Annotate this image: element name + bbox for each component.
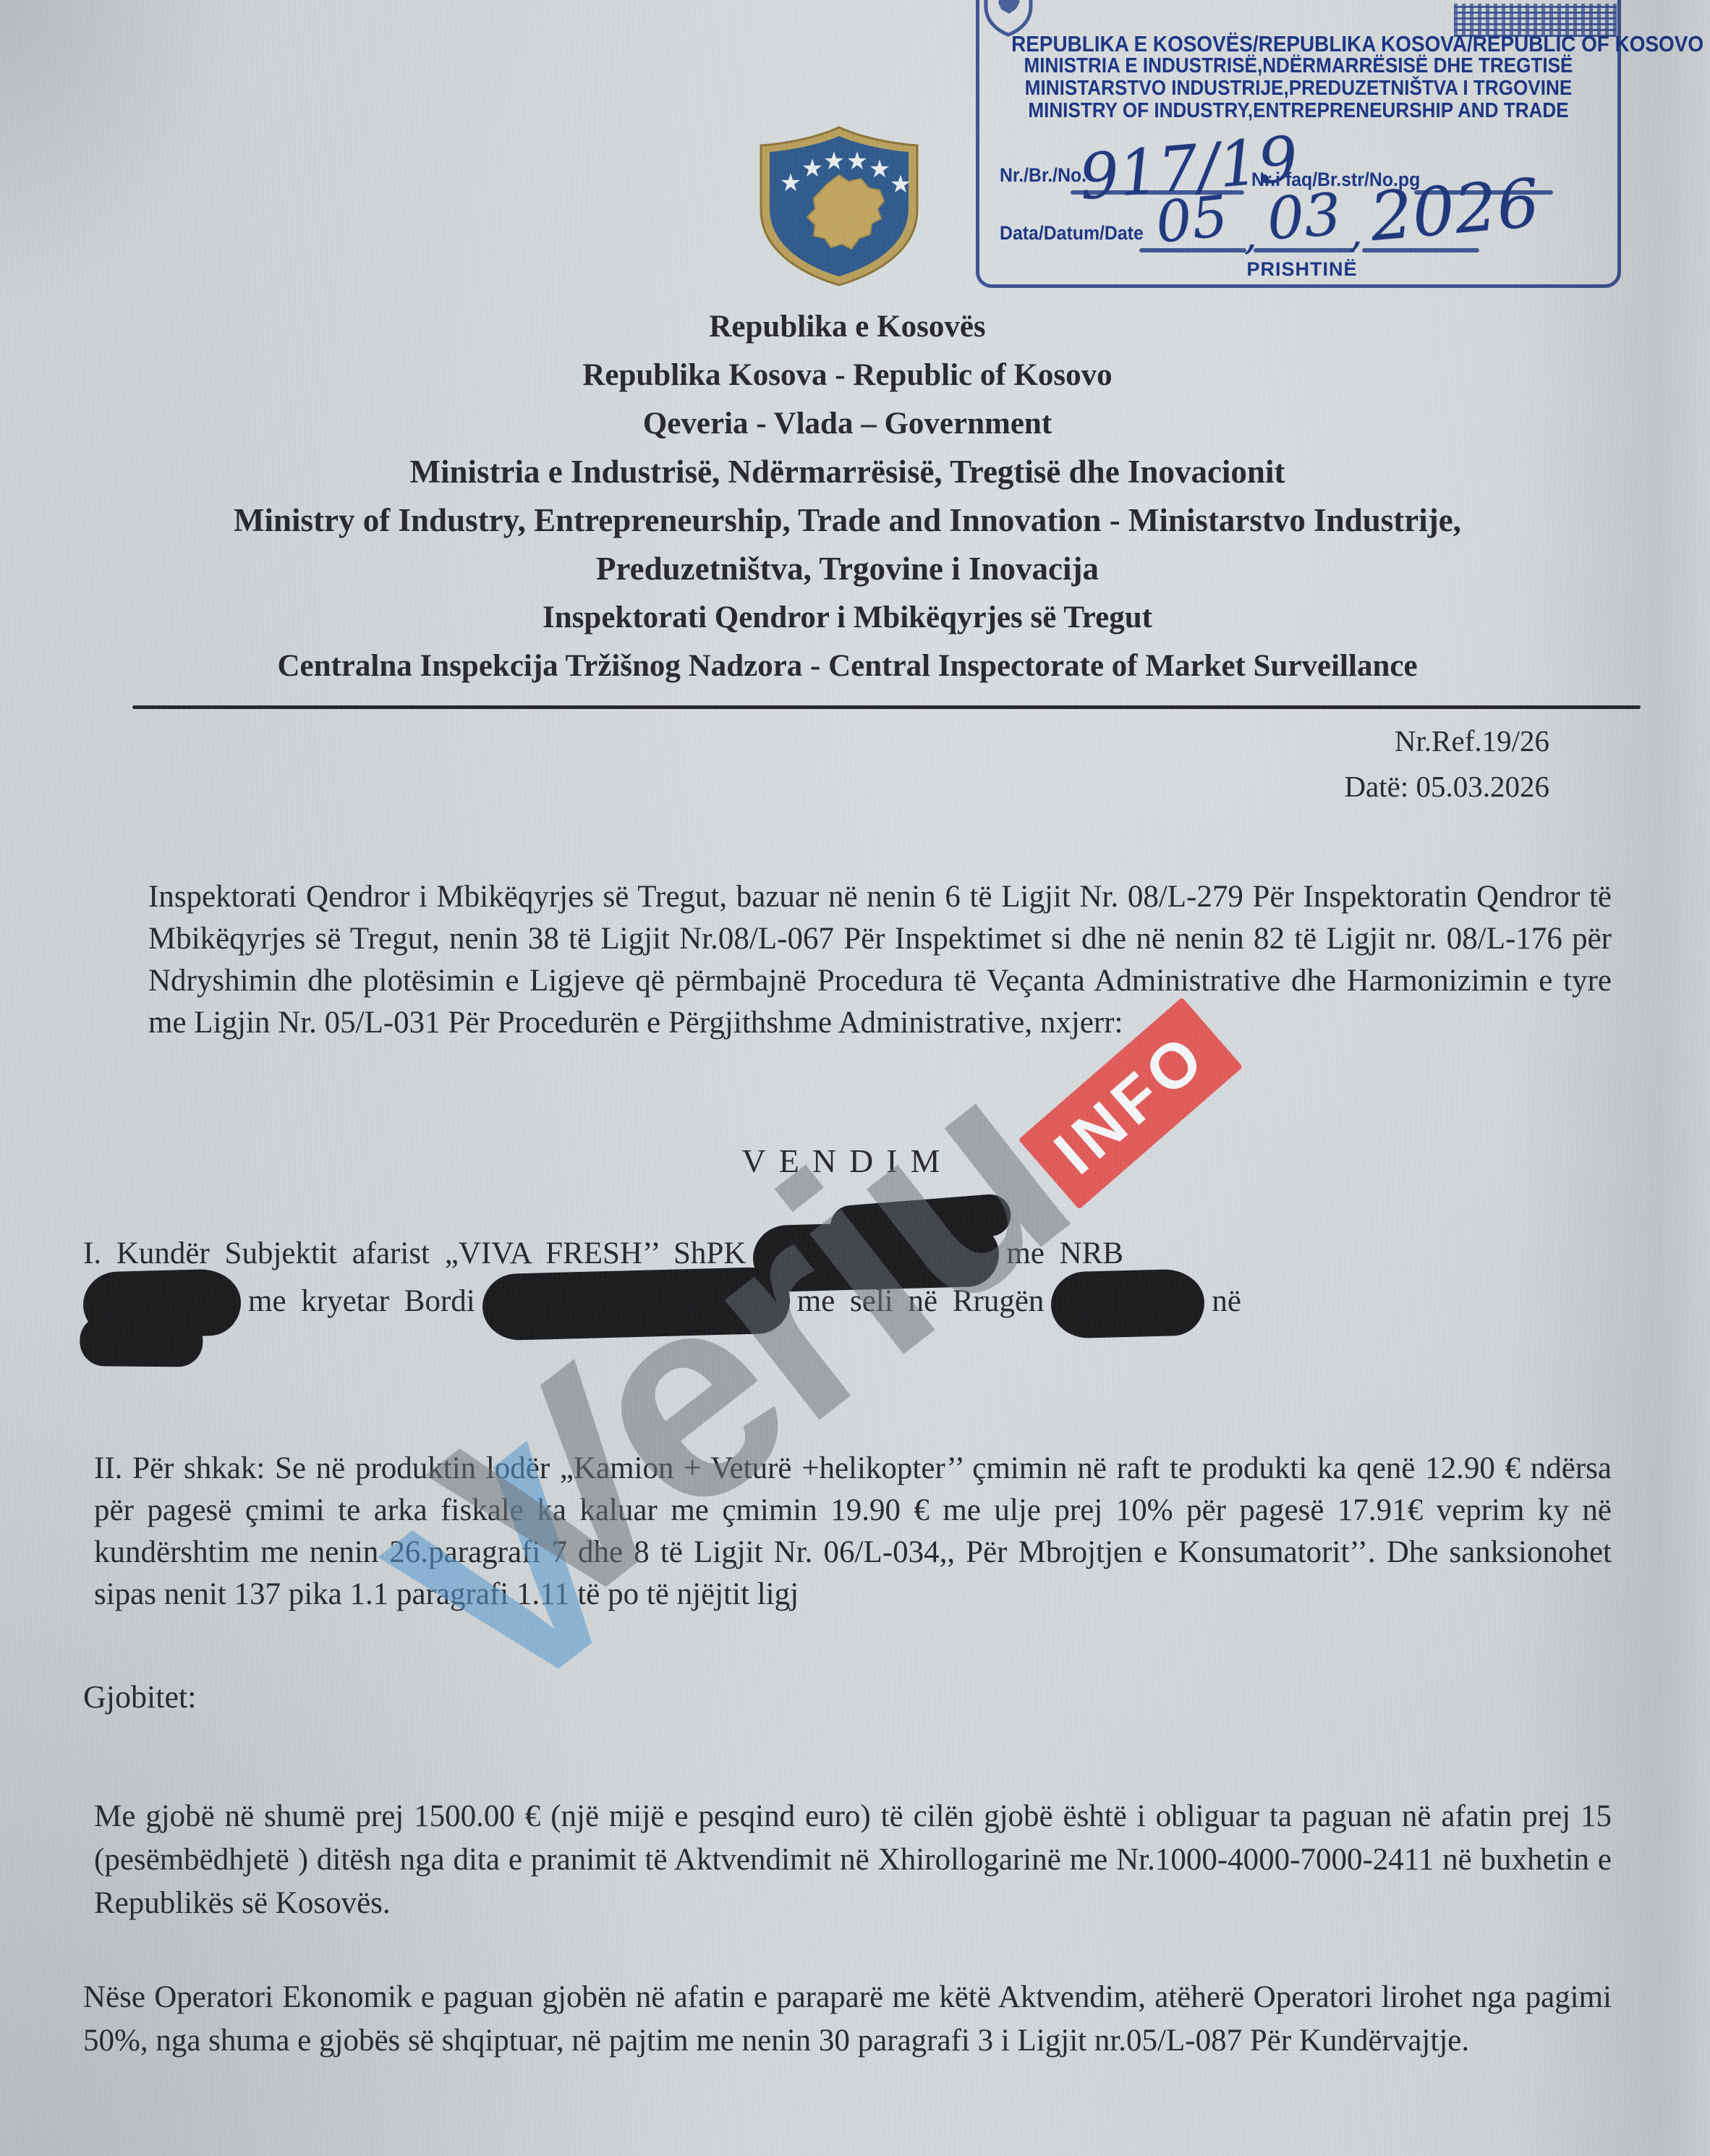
letterhead-line: Preduzetništva, Trgovine i Inovacija xyxy=(83,545,1612,593)
letterhead-line: Republika Kosova - Republic of Kosovo xyxy=(83,351,1612,399)
svg-text:★: ★ xyxy=(801,154,823,183)
stamp-number-label: Nr./Br./No. xyxy=(1000,164,1086,187)
svg-text:★: ★ xyxy=(869,155,890,184)
decision-point-1-line-3: Gjakovë xyxy=(83,1325,1612,1373)
subject-text: me kryetar Bordi xyxy=(248,1284,475,1318)
subject-text: në xyxy=(1212,1284,1241,1318)
subject-text: me NRB xyxy=(1006,1236,1123,1270)
fine-paragraph: Me gjobë në shumë prej 1500.00 € (një mi… xyxy=(94,1795,1612,1925)
redaction-blob xyxy=(82,1268,242,1339)
stamp-date-year-handwritten: 2026 xyxy=(1367,164,1543,256)
decision-title: VENDIM xyxy=(83,1142,1612,1180)
svg-text:★: ★ xyxy=(823,147,845,176)
reference-number: Nr.Ref.19/26 xyxy=(1344,718,1549,764)
stamp-org-line: REPUBLIKA E KOSOVËS/REPUBLIKA KOSOVA/REP… xyxy=(1011,33,1586,55)
kosovo-coat-of-arms: ★ ★ ★ ★ ★ ★ xyxy=(752,124,926,288)
redaction-blob xyxy=(482,1267,791,1341)
stamp-org-line: MINISTARSTVO INDUSTRIJE,PREDUZETNIŠTVA I… xyxy=(1011,77,1586,100)
decision-point-2: II. Për shkak: Se në produktin lodër „Ka… xyxy=(94,1448,1612,1616)
stamp-date-separator: , xyxy=(1350,209,1363,256)
registry-stamp: REPUBLIKA E KOSOVËS/REPUBLIKA KOSOVA/REP… xyxy=(976,0,1621,288)
intro-paragraph: Inspektorati Qendror i Mbikëqyrjes së Tr… xyxy=(148,876,1612,1044)
stamp-date-month-handwritten: 03 xyxy=(1265,181,1343,253)
stamp-org-line: MINISTRY OF INDUSTRY,ENTREPRENEURSHIP AN… xyxy=(1011,100,1586,122)
svg-text:★: ★ xyxy=(780,169,801,198)
svg-text:★: ★ xyxy=(890,170,911,199)
letterhead-line: Inspektorati Qendror i Mbikëqyrjes së Tr… xyxy=(83,593,1612,642)
letterhead-line: Centralna Inspekcija Tržišnog Nadzora - … xyxy=(83,642,1612,690)
reference-block: Nr.Ref.19/26 Datë: 05.03.2026 xyxy=(1344,718,1549,810)
stamp-date-label: Data/Datum/Date xyxy=(1000,222,1144,245)
letterhead-line: Ministria e Industrisë, Ndërmarrësisë, T… xyxy=(83,448,1612,496)
letterhead: Republika e Kosovës Republika Kosova - R… xyxy=(83,302,1612,690)
redaction-blob xyxy=(1050,1268,1205,1339)
subject-text: I. Kundër Subjektit afarist „VIVA FRESH’… xyxy=(83,1236,746,1270)
stamp-date-day-handwritten: 05 xyxy=(1153,184,1231,256)
redaction-blob xyxy=(752,1220,1000,1293)
stamp-city-label: PRISHTINË xyxy=(1201,258,1403,281)
svg-text:★: ★ xyxy=(846,147,868,176)
stamp-date-separator: , xyxy=(1244,212,1257,259)
letterhead-line: Republika e Kosovës xyxy=(83,302,1612,351)
letterhead-line: Ministry of Industry, Entrepreneurship, … xyxy=(83,496,1612,545)
decision-point-1-line-1: I. Kundër Subjektit afarist „VIVA FRESH’… xyxy=(83,1230,1612,1278)
scanned-document-page: REPUBLIKA E KOSOVËS/REPUBLIKA KOSOVA/REP… xyxy=(0,0,1710,2156)
letterhead-line: Qeveria - Vlada – Government xyxy=(83,399,1612,448)
reference-date: Datë: 05.03.2026 xyxy=(1344,764,1549,810)
fine-heading: Gjobitet: xyxy=(83,1678,196,1715)
discount-paragraph: Nëse Operatori Ekonomik e paguan gjobën … xyxy=(83,1976,1612,2063)
stamp-organization-lines: REPUBLIKA E KOSOVËS/REPUBLIKA KOSOVA/REP… xyxy=(979,33,1617,122)
horizontal-divider xyxy=(132,705,1641,709)
stamp-org-line: MINISTRIA E INDUSTRISË,NDËRMARRËSISË DHE… xyxy=(1011,55,1586,77)
decision-point-1: I. Kundër Subjektit afarist „VIVA FRESH’… xyxy=(83,1230,1612,1373)
